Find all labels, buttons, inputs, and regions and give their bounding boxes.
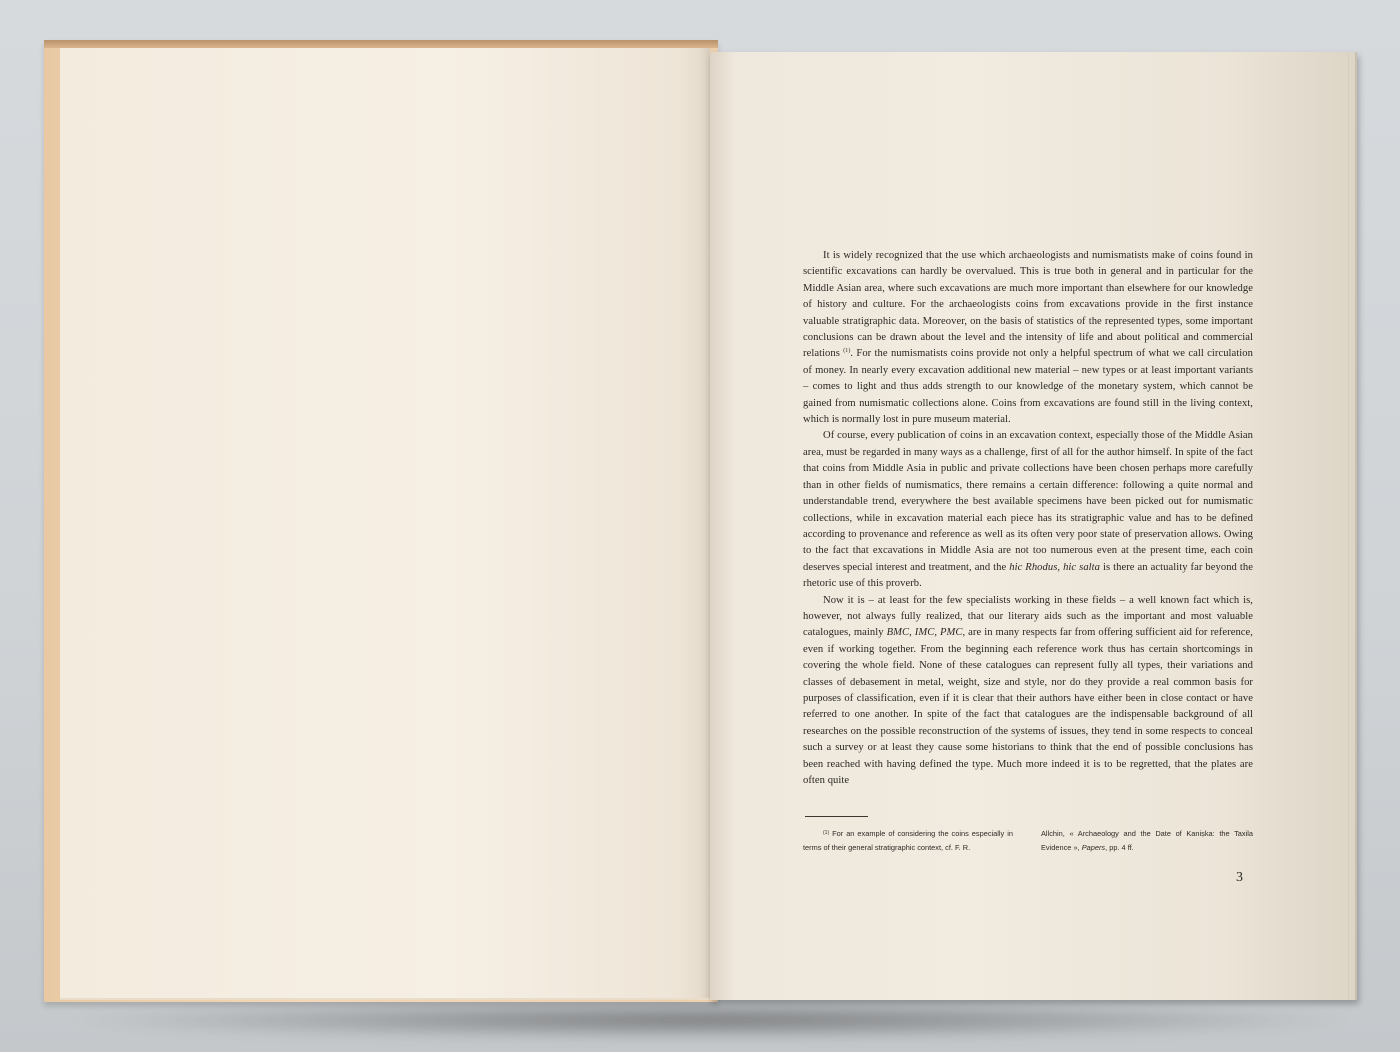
left-page-blank xyxy=(60,48,710,1000)
book-shadow xyxy=(60,1000,1360,1040)
catalogue-abbreviations: BMC, IMC, PMC xyxy=(887,627,963,638)
page-edge-line xyxy=(1348,52,1349,1000)
latin-phrase: hic Rhodus, hic salta xyxy=(1009,562,1100,573)
footnote-marker: (1) xyxy=(823,830,829,836)
footnote-text: , pp. 4 ff. xyxy=(1105,843,1134,852)
paragraph-text: . For the numismatists coins provide not… xyxy=(803,348,1253,425)
cover-top-edge xyxy=(44,40,718,48)
page-number: 3 xyxy=(1236,870,1243,886)
paragraph-1: It is widely recognized that the use whi… xyxy=(803,248,1253,428)
paragraph-3: Now it is – at least for the few special… xyxy=(803,593,1253,790)
gutter-crease xyxy=(700,48,710,998)
footnote-text: For an example of considering the coins … xyxy=(803,829,1013,852)
paragraph-text: It is widely recognized that the use whi… xyxy=(803,250,1253,359)
footnote-column-left: (1) For an example of considering the co… xyxy=(803,827,1013,855)
right-page: It is widely recognized that the use whi… xyxy=(710,52,1357,1000)
body-text: It is widely recognized that the use whi… xyxy=(803,248,1253,789)
paragraph-2: Of course, every publication of coins in… xyxy=(803,428,1253,592)
paragraph-text: , are in many respects far from offering… xyxy=(803,627,1253,786)
footnote: (1) For an example of considering the co… xyxy=(803,827,1253,855)
footnote-journal: Papers xyxy=(1082,843,1105,852)
footnote-column-right: Allchin, « Archaeology and the Date of K… xyxy=(1041,827,1253,855)
footnote-text: Allchin, « Archaeology and the Date of K… xyxy=(1041,829,1253,852)
paragraph-text: Of course, every publication of coins in… xyxy=(803,430,1253,572)
footnote-rule xyxy=(805,816,868,817)
